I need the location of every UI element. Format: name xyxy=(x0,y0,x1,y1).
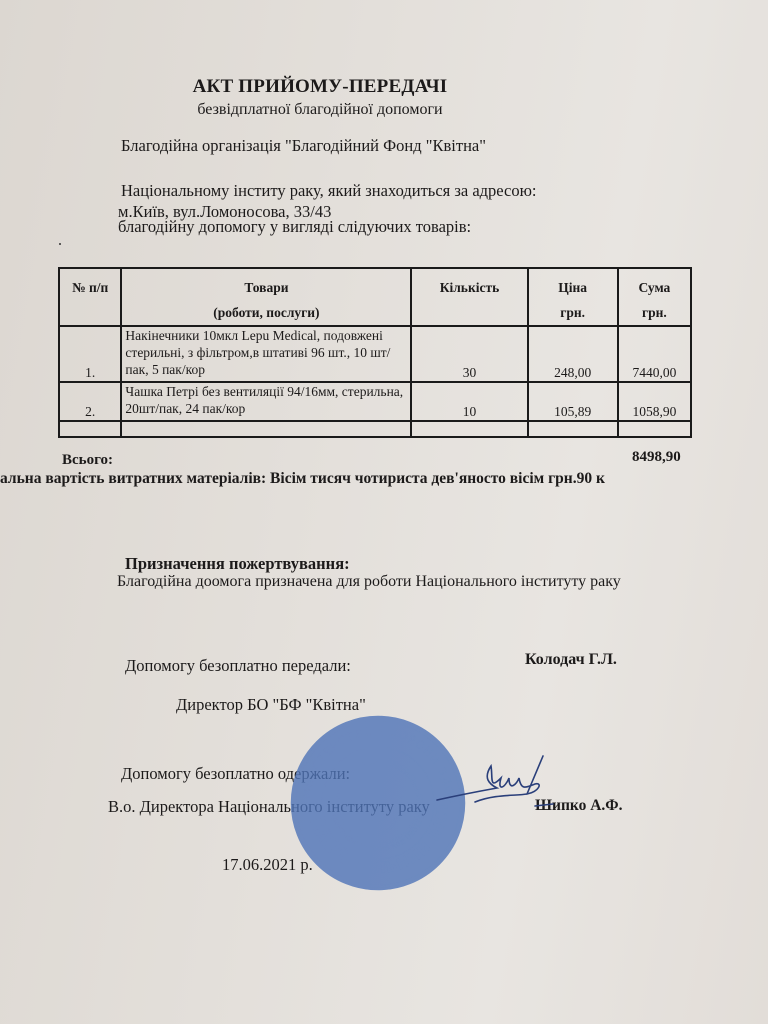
row-name: Чашка Петрі без вентиляції 94/16мм, стер… xyxy=(121,382,411,421)
giver-role: Директор БО "БФ "Квітна" xyxy=(176,695,366,715)
document-subtitle: безвідплатної благодійної допомоги xyxy=(0,101,640,119)
total-label: Всього: xyxy=(62,452,113,469)
row-qty: 30 xyxy=(411,326,527,382)
organization-name: Благодійна організація "Благодійний Фонд… xyxy=(121,136,486,156)
header-goods-line2: (роботи, послуги) xyxy=(125,300,407,325)
header-price-line2: грн. xyxy=(532,300,614,325)
header-no: № п/п xyxy=(59,268,121,326)
header-goods: Товари (роботи, послуги) xyxy=(121,268,411,326)
intro-line: благодійну допомогу у вигляді слідуючих … xyxy=(118,217,471,237)
document-title: АКТ ПРИЙОМУ-ПЕРЕДАЧІ xyxy=(0,76,640,98)
total-in-words: альна вартість витратних матеріалів: Віс… xyxy=(0,470,605,488)
header-qty: Кількість xyxy=(411,268,527,326)
goods-table: № п/п Товари (роботи, послуги) Кількість… xyxy=(58,267,692,438)
stray-dot-mark xyxy=(59,243,61,245)
table-row: 1. Накінечники 10мкл Lepu Medical, подов… xyxy=(59,326,691,382)
purpose-label: Призначення пожертвування: xyxy=(125,554,350,574)
header-price: Ціна грн. xyxy=(528,268,618,326)
header-price-line1: Ціна xyxy=(532,275,614,300)
row-qty: 10 xyxy=(411,382,527,421)
row-no: 1. xyxy=(59,326,121,382)
handwritten-signature-icon xyxy=(435,748,555,828)
row-qty xyxy=(411,421,527,437)
row-sum xyxy=(618,421,691,437)
giver-name: Колодач Г.Л. xyxy=(525,651,617,669)
header-sum-line1: Сума xyxy=(622,275,687,300)
total-value: 8498,90 xyxy=(632,449,681,466)
row-price xyxy=(528,421,618,437)
header-sum: Сума грн. xyxy=(618,268,691,326)
row-no: 2. xyxy=(59,382,121,421)
table-row-empty xyxy=(59,421,691,437)
purpose-text: Благодійна доомога призначена для роботи… xyxy=(117,573,621,591)
row-name: Накінечники 10мкл Lepu Medical, подовжен… xyxy=(121,326,411,382)
row-no xyxy=(59,421,121,437)
row-price: 248,00 xyxy=(528,326,618,382)
row-name xyxy=(121,421,411,437)
table-row: 2. Чашка Петрі без вентиляції 94/16мм, с… xyxy=(59,382,691,421)
recipient-line: Національному інститу раку, який знаходи… xyxy=(121,181,537,201)
row-sum: 1058,90 xyxy=(618,382,691,421)
row-price: 105,89 xyxy=(528,382,618,421)
header-sum-line2: грн. xyxy=(622,300,687,325)
header-goods-line1: Товари xyxy=(125,275,407,300)
giver-label: Допомогу безоплатно передали: xyxy=(125,656,351,676)
table-header-row: № п/п Товари (роботи, послуги) Кількість… xyxy=(59,268,691,326)
row-sum: 7440,00 xyxy=(618,326,691,382)
